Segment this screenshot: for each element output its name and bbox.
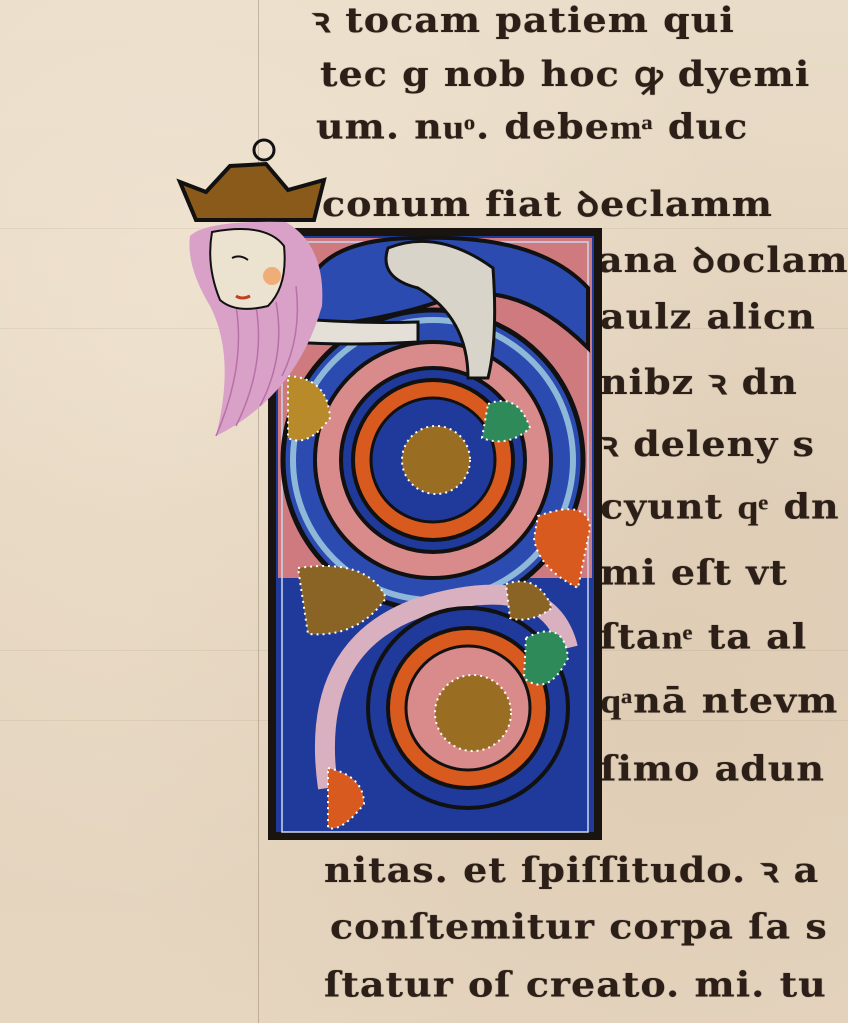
script-line-2: tec g nob hoc ꝙ dyemi bbox=[320, 50, 810, 97]
script-line-16: ſtatur oſ creato. mi. tu bbox=[324, 964, 827, 1005]
script-line-11: ſtanͤ ta al bbox=[600, 616, 807, 657]
script-line-15: conſtemitur corpa ſa s bbox=[330, 906, 828, 947]
script-line-4: conum fiat ꝺeclamm bbox=[322, 180, 773, 227]
script-line-5: ana ꝺoclam bbox=[598, 236, 848, 283]
script-line-6: aulz alicn bbox=[600, 296, 816, 337]
script-line-7: nibz ꝛ dn bbox=[600, 358, 798, 405]
script-line-10: mi eſt vt bbox=[600, 552, 788, 593]
script-line-9: cyunt qͤ dn bbox=[600, 486, 840, 527]
script-line-14: nitas. et ſpiſſitudo. ꝛ a bbox=[324, 846, 819, 893]
script-line-8: ꝛ deleny s bbox=[600, 420, 815, 467]
script-line-3: um. nuͦ. debemͣ duc bbox=[316, 106, 748, 147]
script-line-1: ꝛ tocam patiem qui bbox=[312, 0, 735, 43]
script-line-13: ſimo adun bbox=[600, 748, 825, 789]
script-line-12: qͣnā ntevm bbox=[600, 680, 838, 721]
crowned-king-head bbox=[176, 136, 336, 456]
crown-icon bbox=[180, 140, 324, 220]
